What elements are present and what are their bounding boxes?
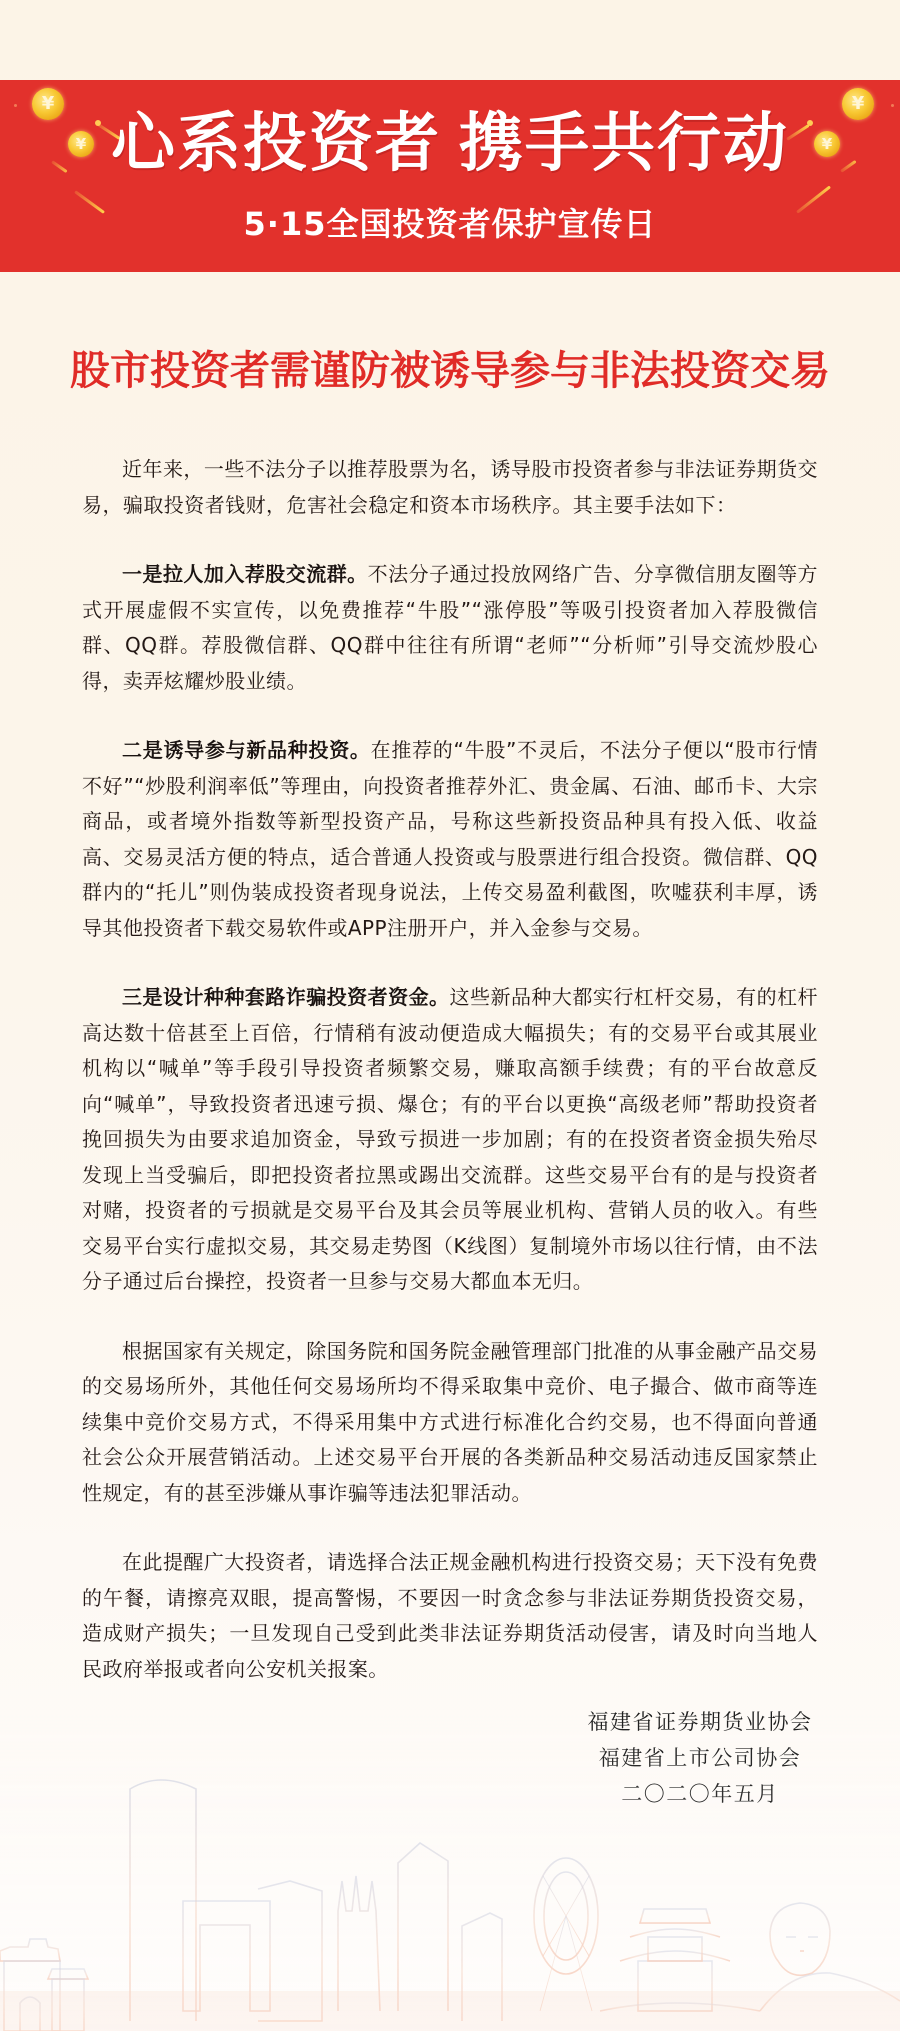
banner-title-part2: 携手共行动 <box>459 107 789 181</box>
paragraph-text: 这些新品种大都实行杠杆交易，有的杠杆高达数十倍甚至上百倍，行情稍有波动便造成大幅… <box>82 985 818 1293</box>
paragraph-lead: 一是拉人加入荐股交流群。 <box>122 562 368 586</box>
paragraph-text: 在此提醒广大投资者，请选择合法正规金融机构进行投资交易；天下没有免费的午餐，请擦… <box>82 1550 818 1681</box>
article-headline: 股市投资者需谨防被诱导参与非法投资交易 <box>0 346 900 396</box>
banner-subtitle: 5·15全国投资者保护宣传日 <box>0 204 900 244</box>
banner-title: 心系投资者携手共行动 <box>0 106 900 182</box>
paragraph-text: 近年来，一些不法分子以推荐股票为名，诱导股市投资者参与非法证券期货交易，骗取投资… <box>82 457 818 517</box>
paragraph-method-1: 一是拉人加入荐股交流群。不法分子通过投放网络广告、分享微信朋友圈等方式开展虚假不… <box>82 557 818 699</box>
paragraph-intro: 近年来，一些不法分子以推荐股票为名，诱导股市投资者参与非法证券期货交易，骗取投资… <box>82 452 818 523</box>
paragraph-regulation: 根据国家有关规定，除国务院和国务院金融管理部门批准的从事金融产品交易的交易场所外… <box>82 1334 818 1512</box>
header-banner: ¥ ¥ ¥ ¥ 心系投资者携手共行动 5·15全国投资者保护宣传日 <box>0 80 900 272</box>
city-skyline-icon <box>0 1711 900 2031</box>
banner-title-part1: 心系投资者 <box>111 107 441 181</box>
paragraph-reminder: 在此提醒广大投资者，请选择合法正规金融机构进行投资交易；天下没有免费的午餐，请擦… <box>82 1545 818 1687</box>
article-body: 近年来，一些不法分子以推荐股票为名，诱导股市投资者参与非法证券期货交易，骗取投资… <box>82 452 818 1721</box>
paragraph-text: 根据国家有关规定，除国务院和国务院金融管理部门批准的从事金融产品交易的交易场所外… <box>82 1339 818 1505</box>
paragraph-method-3: 三是设计种种套路诈骗投资者资金。这些新品种大都实行杠杆交易，有的杠杆高达数十倍甚… <box>82 980 818 1300</box>
paragraph-lead: 三是设计种种套路诈骗投资者资金。 <box>122 985 450 1009</box>
paragraph-text: 在推荐的“牛股”不灵后，不法分子便以“股市行情不好”“炒股利润率低”等理由，向投… <box>82 738 818 940</box>
paragraph-method-2: 二是诱导参与新品种投资。在推荐的“牛股”不灵后，不法分子便以“股市行情不好”“炒… <box>82 733 818 946</box>
paragraph-lead: 二是诱导参与新品种投资。 <box>122 738 371 762</box>
